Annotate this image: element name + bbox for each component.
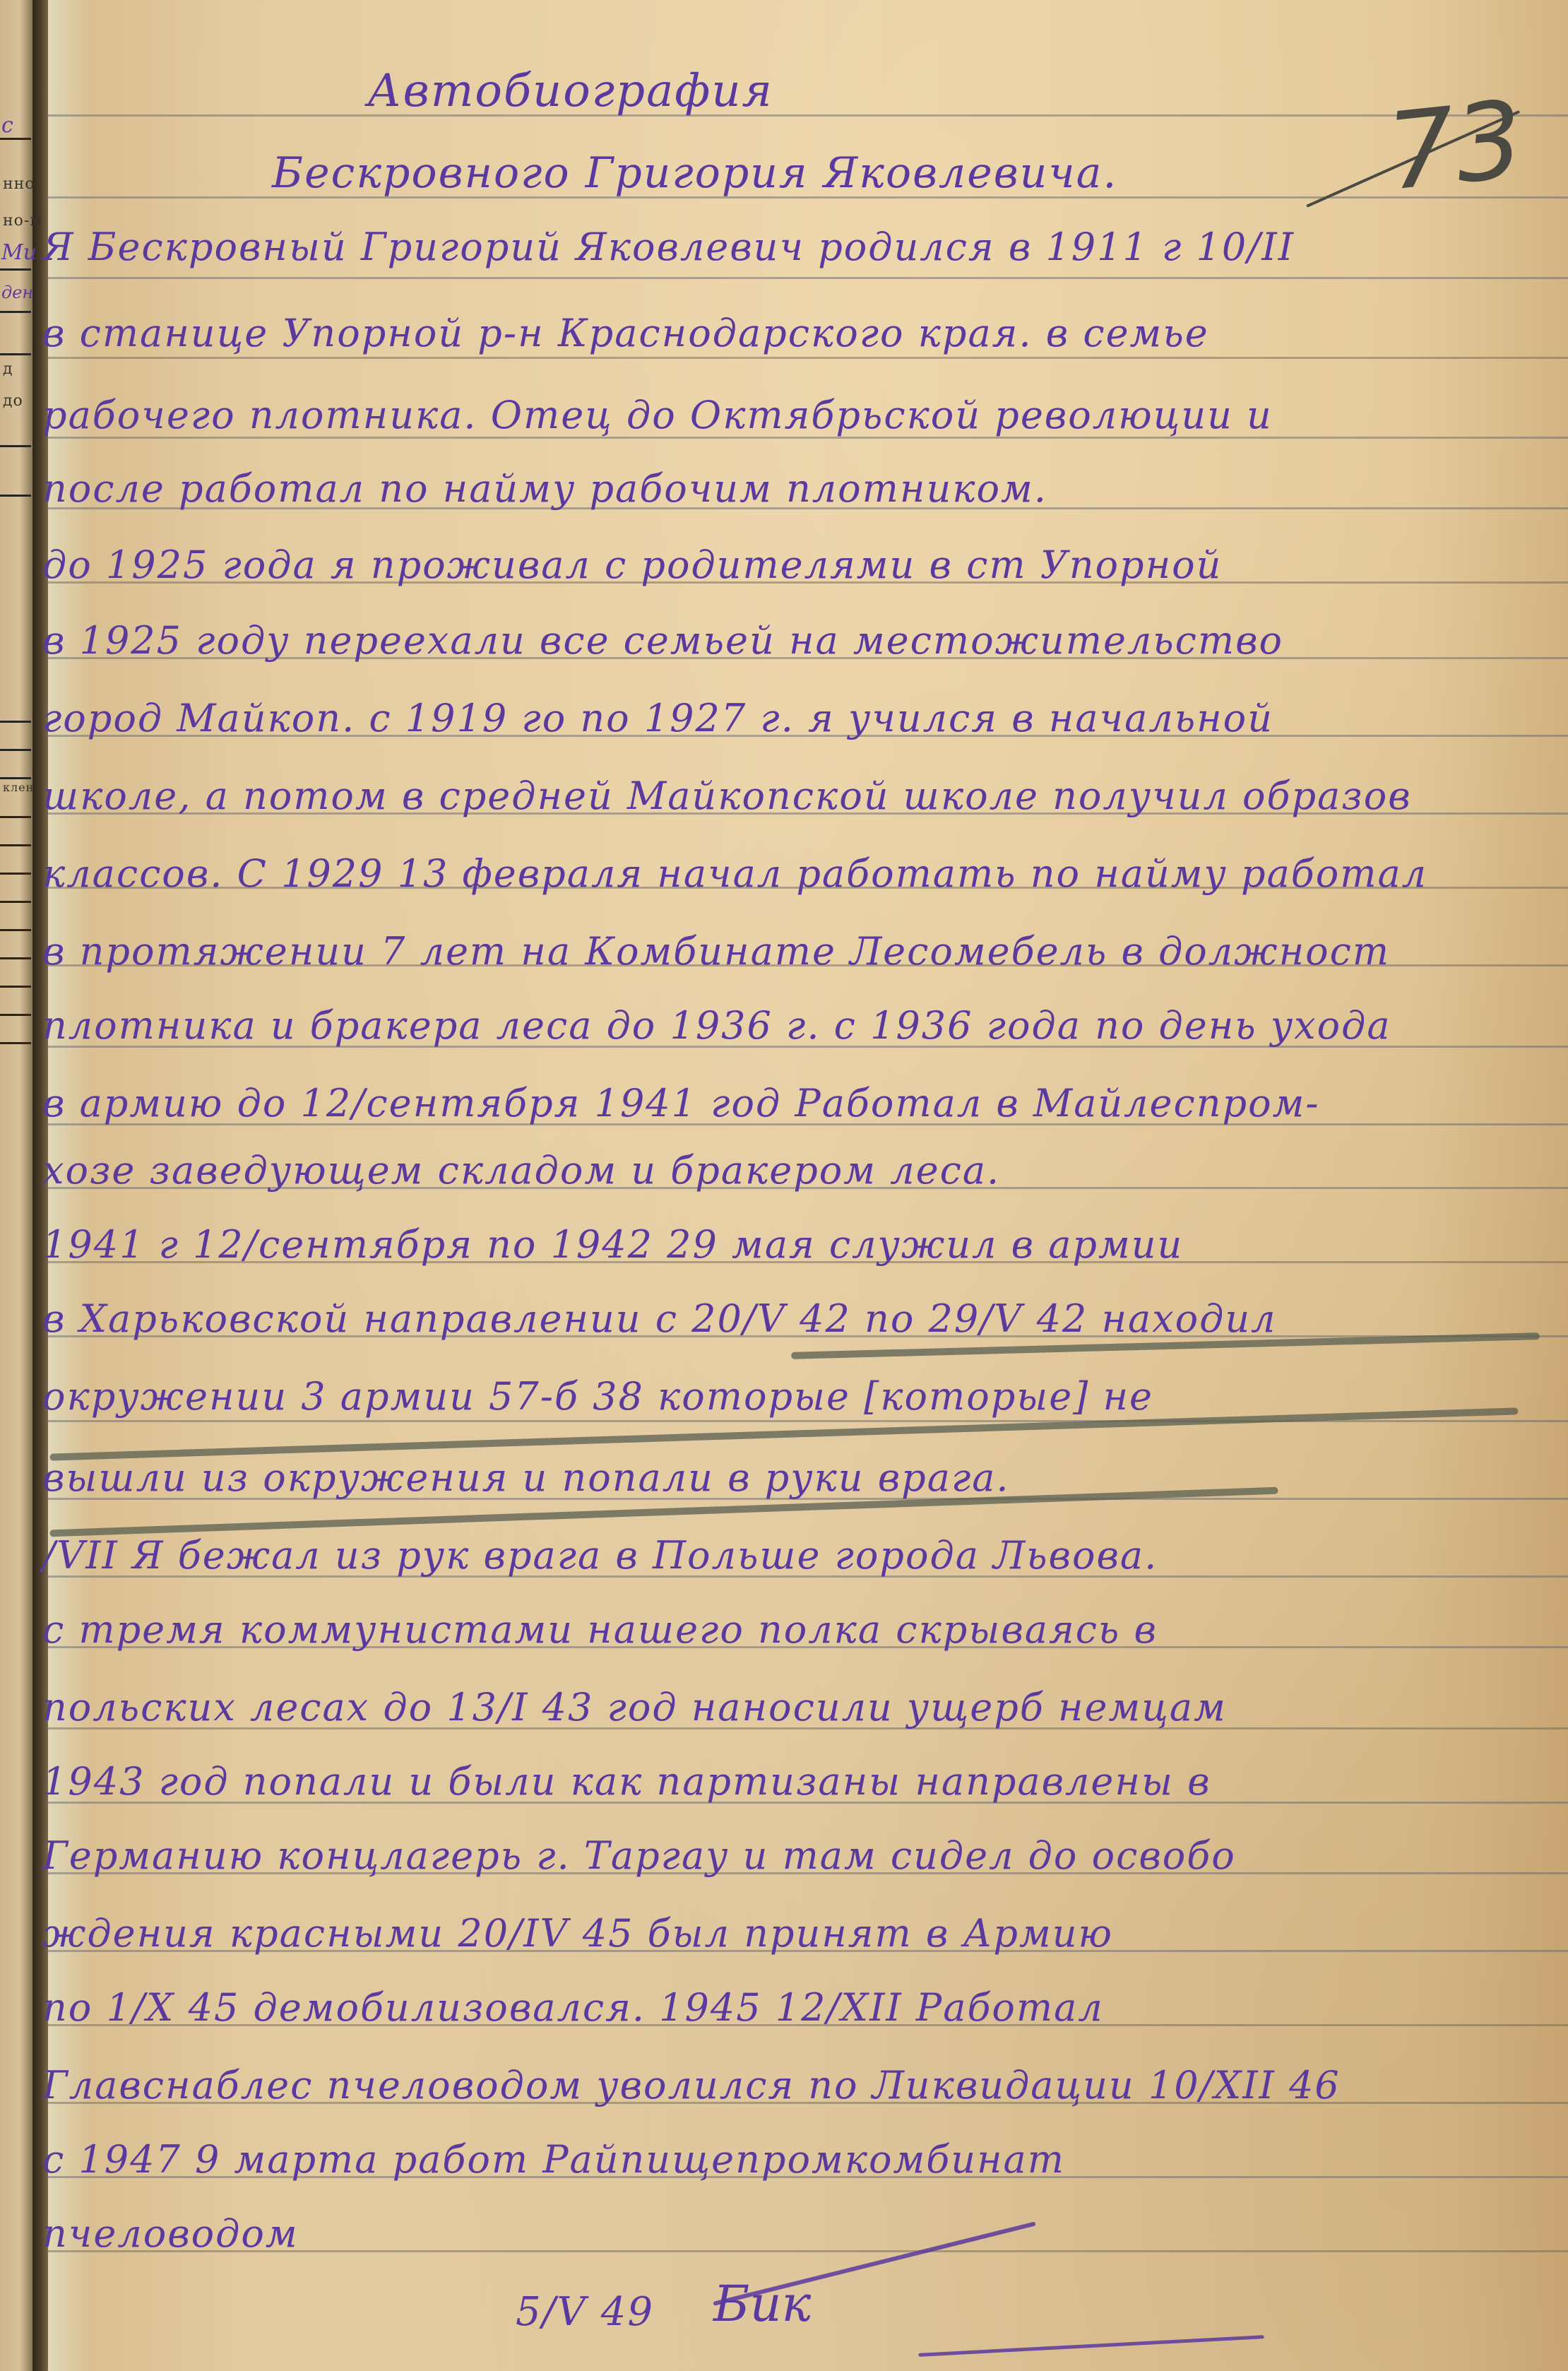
margin-rule — [0, 1014, 31, 1016]
text-line: классов. С 1929 13 февраля начал работат… — [42, 851, 1427, 896]
margin-rule — [0, 957, 31, 959]
page-number: 73 — [1382, 78, 1528, 215]
ruled-line — [48, 1420, 1568, 1422]
text-line: 1941 г 12/сентября по 1942 29 мая служил… — [42, 1222, 1183, 1267]
text-line: Я Бескровный Григорий Яковлевич родился … — [42, 225, 1295, 269]
ruled-line — [48, 114, 1568, 117]
margin-fragment: но-м — [3, 212, 42, 230]
text-line: после работал по найму рабочим плотником… — [42, 466, 1047, 511]
text-line: в 1925 году переехали все семьей на мест… — [42, 618, 1283, 663]
text-line: в Харьковской направлении с 20/V 42 по 2… — [42, 1296, 1277, 1341]
margin-rule — [0, 986, 31, 988]
text-line: 1943 год попали и были как партизаны нап… — [42, 1759, 1211, 1804]
text-line: ждения красными 20/IV 45 был принят в Ар… — [42, 1911, 1113, 1956]
margin-rule — [0, 777, 31, 779]
text-line: Германию концлагерь г. Таргау и там сиде… — [42, 1833, 1236, 1878]
margin-rule — [0, 749, 31, 751]
text-line: с тремя коммунистами нашего полка скрыва… — [42, 1607, 1158, 1652]
document-title: Автобиография — [367, 65, 773, 117]
text-line: в станице Упорной р-н Краснодарского кра… — [42, 311, 1209, 355]
margin-fragment: нно — [3, 175, 35, 193]
text-line: хозе заведующем складом и бракером леса. — [42, 1148, 1000, 1193]
margin-rule — [0, 311, 31, 313]
text-line: вышли из окружения и попали в руки врага… — [42, 1455, 1010, 1500]
margin-rule — [0, 901, 31, 903]
text-line: до 1925 года я проживал с родителями в с… — [42, 543, 1222, 587]
ruled-line — [48, 357, 1568, 359]
margin-fragment: ден — [1, 283, 33, 302]
adjacent-page-strip — [0, 0, 32, 2371]
margin-rule — [0, 721, 31, 723]
text-line: /VII Я бежал из рук врага в Польше город… — [42, 1533, 1158, 1578]
margin-rule — [0, 844, 31, 846]
ruled-line — [48, 277, 1568, 279]
margin-rule — [0, 929, 31, 931]
text-line: по 1/X 45 демобилизовался. 1945 12/XII Р… — [42, 1985, 1104, 2030]
margin-fragment: до — [3, 392, 23, 410]
text-line: плотника и бракера леса до 1936 г. с 193… — [42, 1003, 1391, 1048]
margin-rule — [0, 495, 31, 497]
margin-rule — [0, 268, 31, 271]
margin-rule — [0, 816, 31, 818]
margin-rule — [0, 138, 31, 140]
margin-fragment: Ми — [1, 240, 37, 265]
text-line: город Майкоп. с 1919 го по 1927 г. я учи… — [42, 696, 1273, 740]
margin-fragment: клен — [3, 781, 34, 794]
document-subtitle: Бескровного Григория Яковлевича. — [272, 148, 1118, 198]
margin-fragment: с — [1, 113, 13, 138]
signature: Бик — [713, 2275, 811, 2333]
text-line: Главснаблес пчеловодом уволился по Ликви… — [42, 2063, 1341, 2107]
margin-rule — [0, 1042, 31, 1044]
text-line: в армию до 12/сентября 1941 год Работал … — [42, 1081, 1320, 1125]
text-line: в протяжении 7 лет на Комбинате Лесомебе… — [42, 929, 1390, 974]
text-line: рабочего плотника. Отец до Октябрьской р… — [42, 393, 1273, 437]
signature-tail — [918, 2335, 1264, 2357]
text-line: пчеловодом — [42, 2211, 299, 2256]
signature-date: 5/V 49 — [516, 2289, 654, 2335]
text-line: с 1947 9 марта работ Райпищепромкомбинат — [42, 2137, 1065, 2182]
text-line: школе, а потом в средней Майкопской школ… — [42, 774, 1412, 818]
text-line: окружении 3 армии 57-б 38 которые [котор… — [42, 1374, 1153, 1419]
text-line: польских лесах до 13/I 43 год наносили у… — [42, 1685, 1227, 1730]
margin-rule — [0, 445, 31, 447]
margin-fragment: д — [3, 360, 13, 378]
document-page: с нно но-м Ми ден д до клен 73 — [0, 0, 1568, 2371]
margin-rule — [0, 353, 31, 355]
margin-rule — [0, 873, 31, 875]
